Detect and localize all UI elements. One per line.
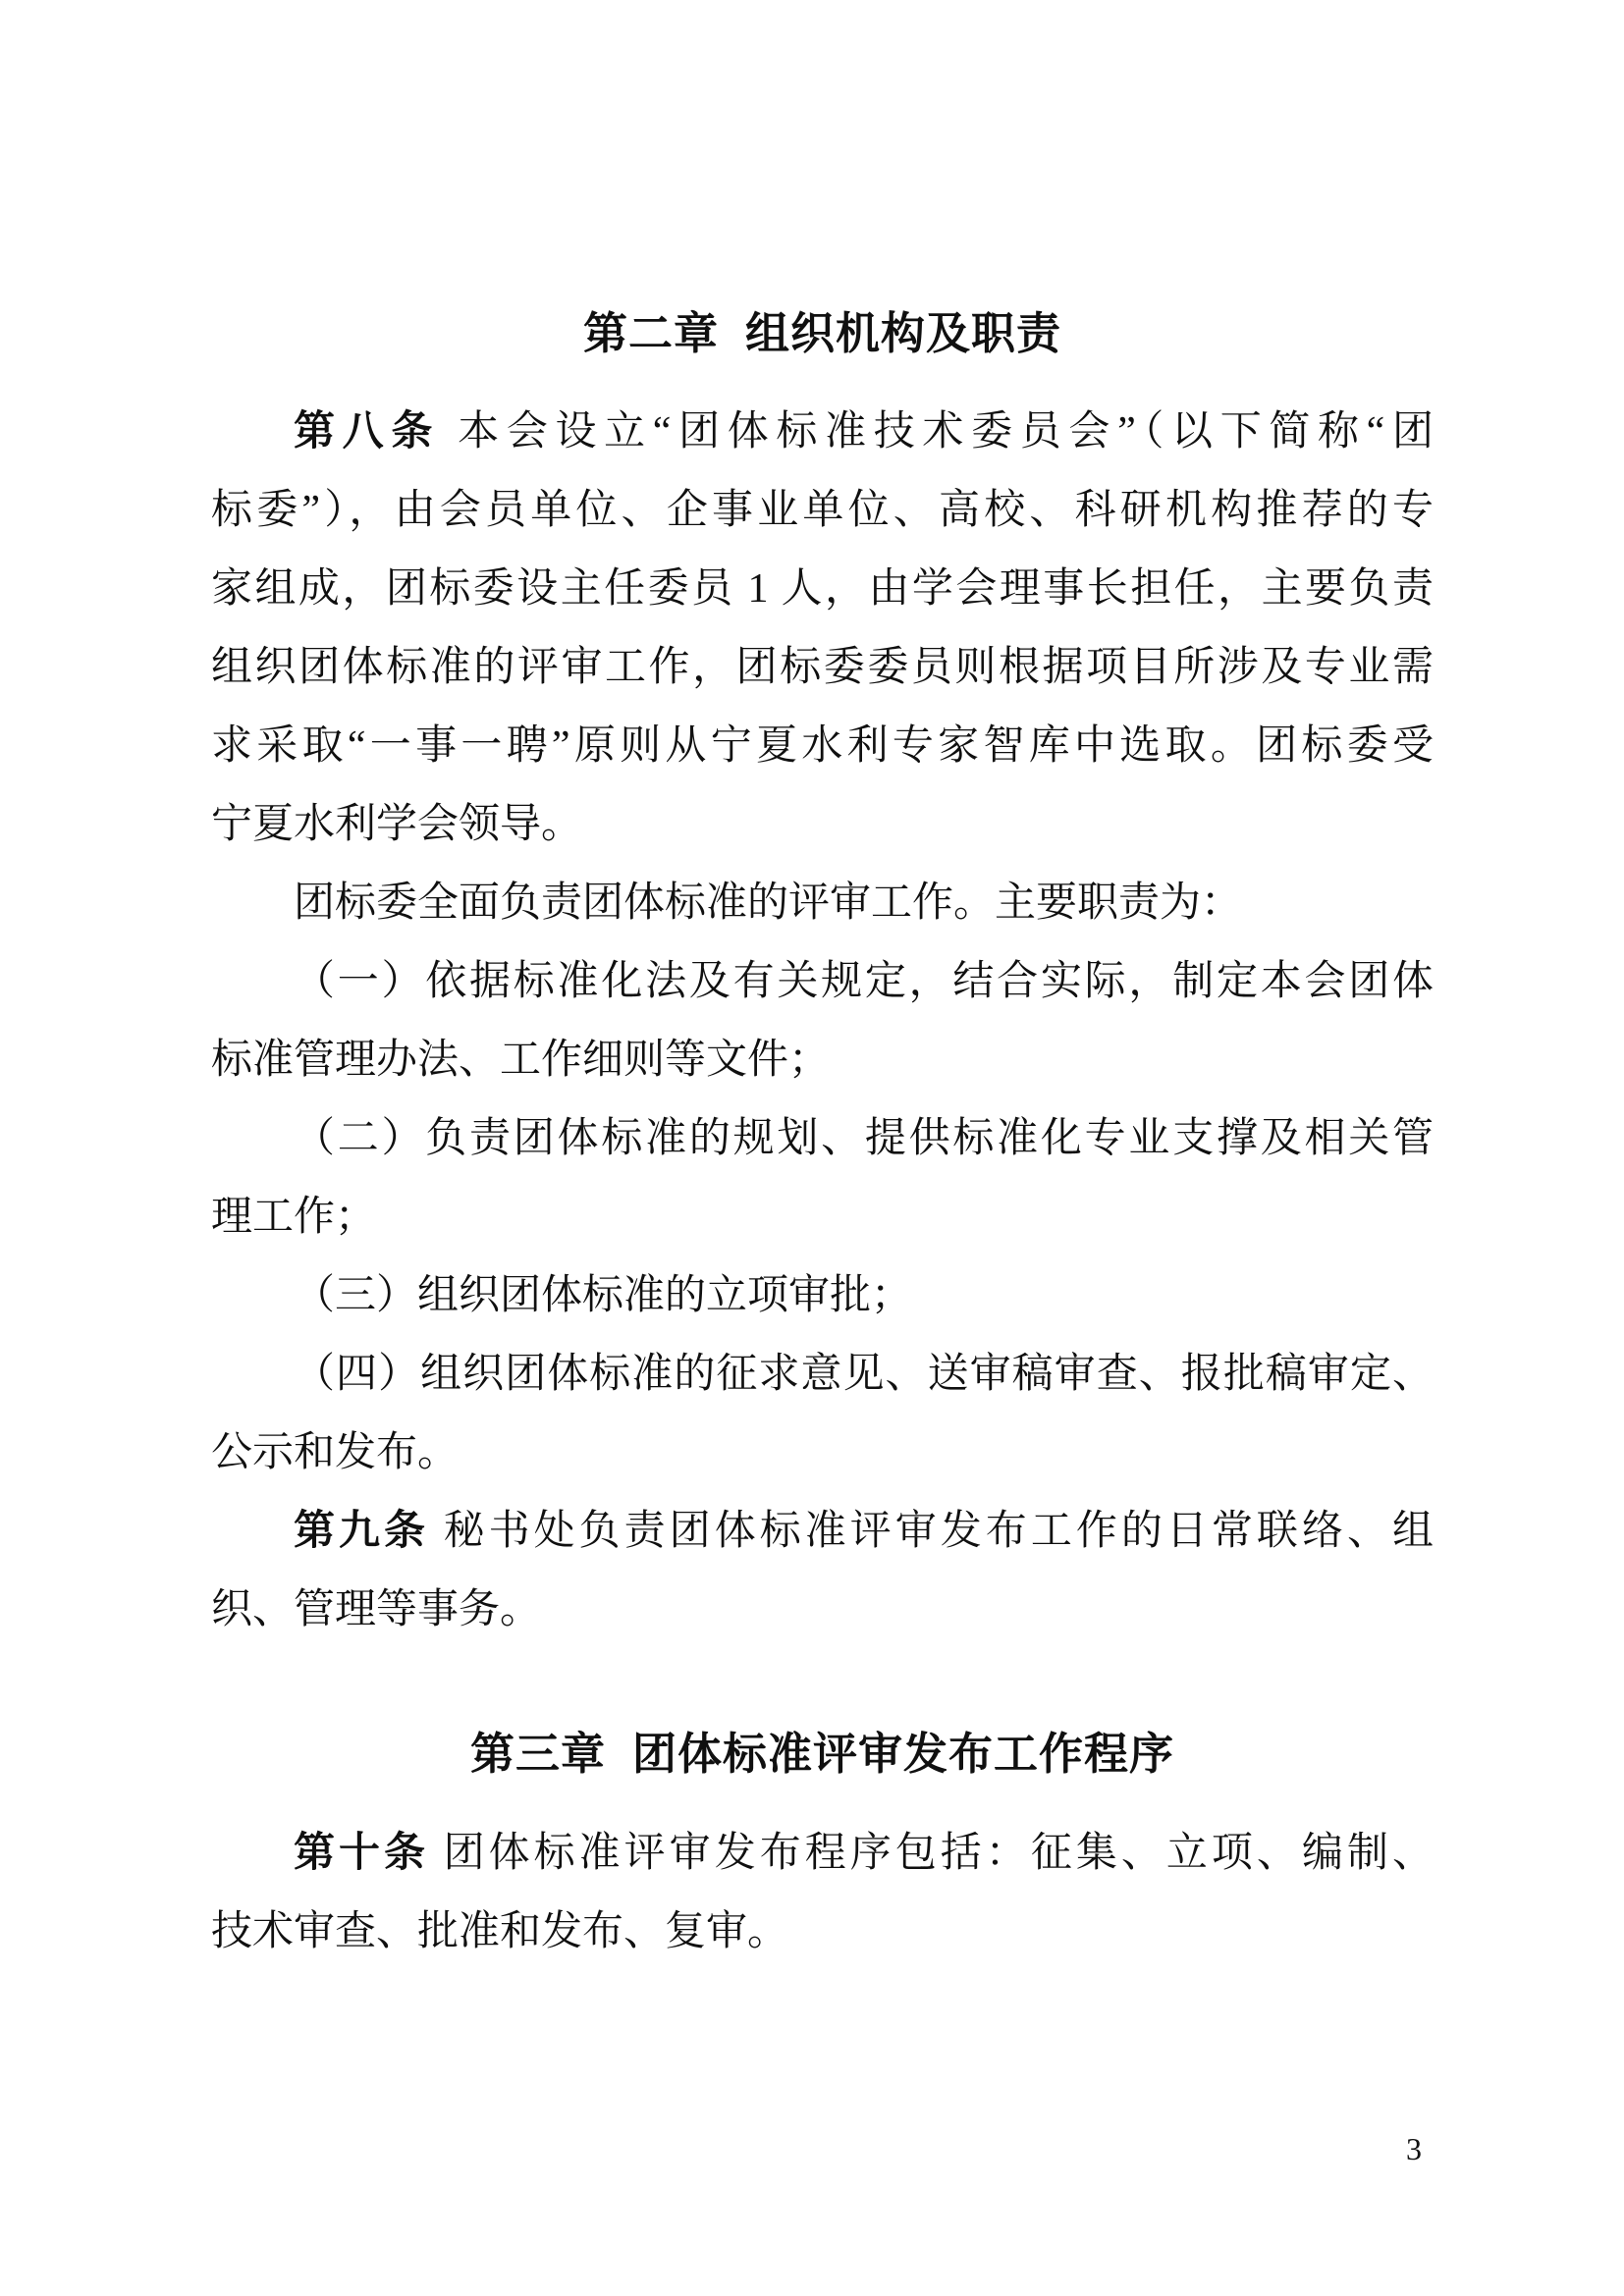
- document-line: 宁夏水利学会领导。: [211, 785, 1434, 864]
- document-line: 织、管理等事务。: [211, 1571, 1434, 1649]
- page-number: 3: [211, 2130, 1422, 2167]
- chapter-3-body: 第十条 团体标准评审发布程序包括：征集、立项、编制、技术审查、批准和发布、复审。: [211, 1814, 1434, 1971]
- line-text: （四）组织团体标准的征求意见、送审稿审查、报批稿审定、: [294, 1352, 1434, 1397]
- line-text: 家组成，团标委设主任委员 1 人，由学会理事长担任，主要负责: [211, 566, 1434, 612]
- document-line: 标准管理办法、工作细则等文件；: [211, 1021, 1434, 1099]
- line-text: 组织团体标准的评审工作，团标委委员则根据项目所涉及专业需: [211, 645, 1434, 690]
- document-line: 公示和发布。: [211, 1414, 1434, 1492]
- document-line: （一）依据标准化法及有关规定，结合实际，制定本会团体: [211, 942, 1434, 1021]
- document-line: （三）组织团体标准的立项审批；: [211, 1256, 1434, 1335]
- document-line: 技术审查、批准和发布、复审。: [211, 1893, 1434, 1971]
- line-text: 秘书处负责团体标准评审发布工作的日常联络、组: [429, 1509, 1434, 1554]
- document-line: 组织团体标准的评审工作，团标委委员则根据项目所涉及专业需: [211, 628, 1434, 707]
- line-text: （二）负责团体标准的规划、提供标准化专业支撑及相关管: [294, 1116, 1434, 1161]
- document-page: 第二章 组织机构及职责 第八条 本会设立“团体标准技术委员会”（以下简称“团标委…: [0, 0, 1624, 2296]
- document-line: （四）组织团体标准的征求意见、送审稿审查、报批稿审定、: [211, 1335, 1434, 1414]
- article-number: 第十条: [294, 1831, 429, 1876]
- line-text: 织、管理等事务。: [211, 1587, 541, 1632]
- chapter-3-heading: 第三章 团体标准评审发布工作程序: [211, 1715, 1434, 1793]
- line-text: 宁夏水利学会领导。: [211, 802, 582, 847]
- document-line: 家组成，团标委设主任委员 1 人，由学会理事长担任，主要负责: [211, 550, 1434, 628]
- document-line: 团标委全面负责团体标准的评审工作。主要职责为：: [211, 864, 1434, 942]
- line-text: 理工作；: [211, 1195, 376, 1240]
- chapter-2-body: 第八条 本会设立“团体标准技术委员会”（以下简称“团标委”），由会员单位、企事业…: [211, 393, 1434, 1649]
- document-line: 理工作；: [211, 1178, 1434, 1256]
- line-text: （一）依据标准化法及有关规定，结合实际，制定本会团体: [294, 959, 1434, 1004]
- document-line: （二）负责团体标准的规划、提供标准化专业支撑及相关管: [211, 1099, 1434, 1178]
- line-text: 本会设立“团体标准技术委员会”（以下简称“团: [440, 409, 1434, 454]
- document-line: 求采取“一事一聘”原则从宁夏水利专家智库中选取。团标委受: [211, 707, 1434, 785]
- line-text: 团标委全面负责团体标准的评审工作。主要职责为：: [294, 881, 1242, 926]
- line-text: 团体标准评审发布程序包括：征集、立项、编制、: [429, 1831, 1434, 1876]
- article-number: 第八条: [294, 409, 440, 454]
- document-line: 第八条 本会设立“团体标准技术委员会”（以下简称“团: [211, 393, 1434, 471]
- line-text: 公示和发布。: [211, 1430, 459, 1475]
- document-line: 第九条 秘书处负责团体标准评审发布工作的日常联络、组: [211, 1492, 1434, 1571]
- line-text: 标委”），由会员单位、企事业单位、高校、科研机构推荐的专: [211, 488, 1434, 533]
- line-text: 技术审查、批准和发布、复审。: [211, 1909, 788, 1954]
- line-text: 标准管理办法、工作细则等文件；: [211, 1038, 830, 1083]
- chapter-2-heading: 第二章 组织机构及职责: [211, 294, 1434, 373]
- line-text: 求采取“一事一聘”原则从宁夏水利专家智库中选取。团标委受: [211, 723, 1434, 769]
- line-text: （三）组织团体标准的立项审批；: [294, 1273, 912, 1318]
- document-line: 第十条 团体标准评审发布程序包括：征集、立项、编制、: [211, 1814, 1434, 1893]
- article-number: 第九条: [294, 1509, 429, 1554]
- document-line: 标委”），由会员单位、企事业单位、高校、科研机构推荐的专: [211, 471, 1434, 550]
